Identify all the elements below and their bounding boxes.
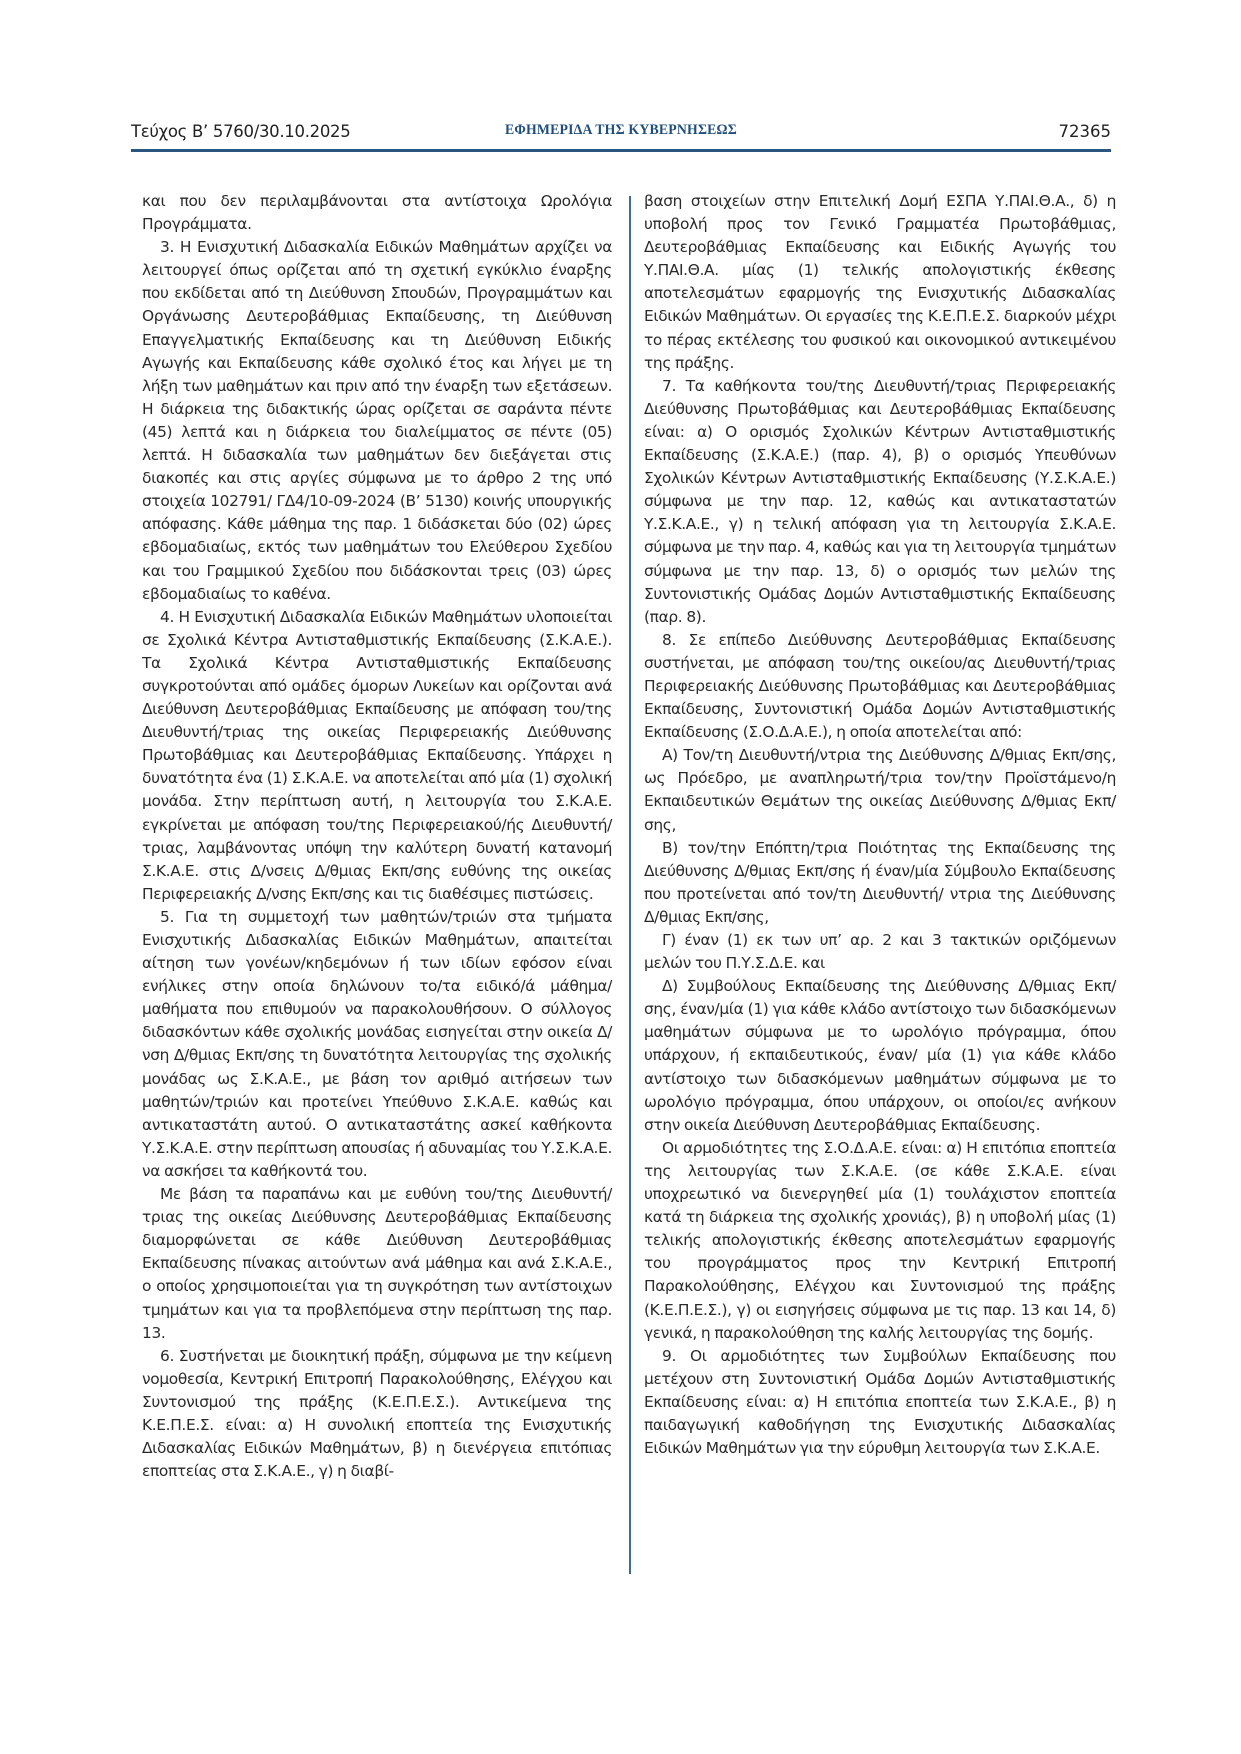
- paragraph-5: 5. Για τη συμμετοχή των μαθητών/τριών στ…: [142, 906, 612, 1183]
- paragraph-4: 4. Η Ενισχυτική Διδασκαλία Ειδικών Μαθημ…: [142, 606, 612, 906]
- page-header: Τεύχος Β’ 5760/30.10.2025 ΕΦΗΜΕΡΙΔΑ ΤΗΣ …: [131, 118, 1111, 146]
- gazette-title: ΕΦΗΜΕΡΙΔΑ ΤΗΣ ΚΥΒΕΡΝΗΣΕΩΣ: [170, 122, 1072, 139]
- paragraph-6: 6. Συστήνεται με διοικητική πράξη, σύμφω…: [142, 1345, 612, 1484]
- paragraph-3: 3. Η Ενισχυτική Διδασκαλία Ειδικών Μαθημ…: [142, 236, 612, 606]
- paragraph-8-b: Β) τον/την Επόπτη/τρια Ποιότητας της Εκπ…: [644, 837, 1116, 929]
- header-rule: [131, 149, 1111, 152]
- paragraph-continuation: και που δεν περιλαμβάνονται στα αντίστοι…: [142, 190, 612, 236]
- paragraph-8-c: Γ) έναν (1) εκ των υπ’ αρ. 2 και 3 τακτι…: [644, 929, 1116, 975]
- paragraph-7: 7. Τα καθήκοντα του/της Διευθυντή/τριας …: [644, 375, 1116, 629]
- right-column: βαση στοιχείων στην Επιτελική Δομή ΕΣΠΑ …: [644, 190, 1116, 1460]
- paragraph-8-d: Δ) Συμβούλους Εκπαίδευσης της Διεύθυνσης…: [644, 975, 1116, 1137]
- paragraph-8: 8. Σε επίπεδο Διεύθυνσης Δευτεροβάθμιας …: [644, 629, 1116, 744]
- page-number: 72365: [1059, 122, 1112, 141]
- paragraph-8-a: Α) Τον/τη Διευθυντή/ντρια της Διεύθυνσης…: [644, 744, 1116, 836]
- paragraph-8-duties: Οι αρμοδιότητες της Σ.Ο.Δ.Α.Ε. είναι: α)…: [644, 1137, 1116, 1345]
- left-column: και που δεν περιλαμβάνονται στα αντίστοι…: [142, 190, 612, 1483]
- paragraph-6-cont: βαση στοιχείων στην Επιτελική Δομή ΕΣΠΑ …: [644, 190, 1116, 375]
- column-separator: [629, 196, 631, 1574]
- paragraph-9: 9. Οι αρμοδιότητες των Συμβούλων Εκπαίδε…: [644, 1345, 1116, 1460]
- gazette-page: Τεύχος Β’ 5760/30.10.2025 ΕΦΗΜΕΡΙΔΑ ΤΗΣ …: [0, 0, 1241, 1754]
- paragraph-5-cont: Με βάση τα παραπάνω και με ευθύνη του/τη…: [142, 1183, 612, 1345]
